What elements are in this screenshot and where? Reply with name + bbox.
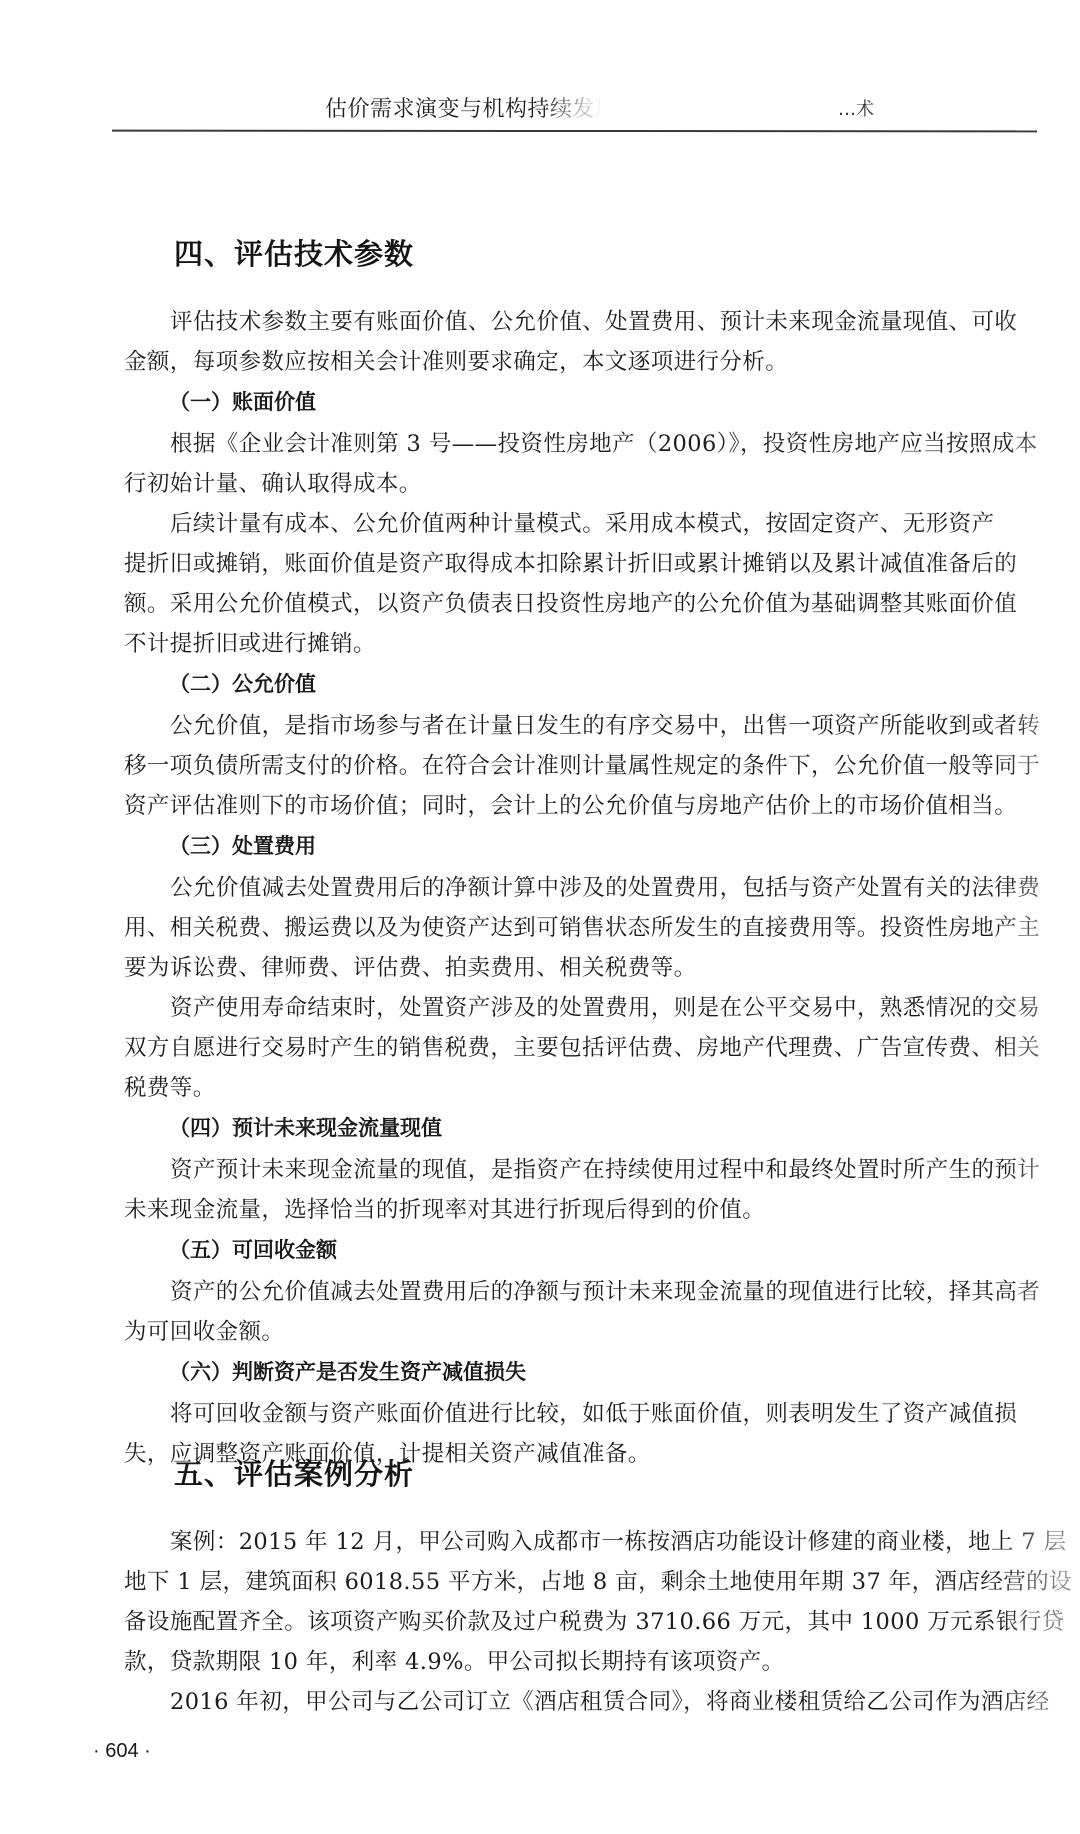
paragraph-line: 公允价值，是指市场参与者在计量日发生的有序交易中，出售一项资产所能收到或者转 (170, 708, 1080, 740)
paragraph-line: 双方自愿进行交易时产生的销售税费，主要包括评估费、房地产代理费、广告宣传费、相关 (124, 1030, 1080, 1062)
header-rule-divider (112, 130, 1037, 133)
paragraph-line: 评估技术参数主要有账面价值、公允价值、处置费用、预计未来现金流量现值、可收 (170, 304, 1080, 336)
paragraph-line: 后续计量有成本、公允价值两种计量模式。采用成本模式，按固定资产、无形资产 (170, 506, 1080, 538)
paragraph-line: 款，贷款期限 10 年，利率 4.9%。甲公司拟长期持有该项资产。 (124, 1644, 784, 1676)
paragraph-line: 资产评估准则下的市场价值；同时，会计上的公允价值与房地产估价上的市场价值相当。 (124, 788, 1080, 820)
paragraph-line: 备设施配置齐全。该项资产购买价款及过户税费为 3710.66 万元，其中 100… (124, 1604, 1080, 1636)
subheading-book-value: （一）账面价值 (169, 386, 316, 416)
paragraph-line: 额。采用公允价值模式，以资产负债表日投资性房地产的公允价值为基础调整其账面价值 (124, 586, 1080, 618)
subheading-present-value-cash-flow: （四）预计未来现金流量现值 (169, 1112, 442, 1142)
paragraph-line: 行初始计量、确认取得成本。 (124, 466, 422, 498)
paragraph-line: 要为诉讼费、律师费、评估费、拍卖费用、相关税费等。 (124, 950, 697, 982)
page-number: · 604 · (93, 1740, 151, 1763)
paragraph-line: 未来现金流量，选择恰当的折现率对其进行折现后得到的价值。 (124, 1192, 765, 1224)
paragraph-line: 资产使用寿命结束时，处置资产涉及的处置费用，则是在公平交易中，熟悉情况的交易 (170, 990, 1080, 1022)
paragraph-line: 移一项负债所需支付的价格。在符合会计准则计量属性规定的条件下，公允价值一般等同于 (124, 748, 1080, 780)
paragraph-line: 将可回收金额与资产账面价值进行比较，如低于账面价值，则表明发生了资产减值损 (170, 1396, 1080, 1428)
paragraph-line: 地下 1 层，建筑面积 6018.55 平方米，占地 8 亩，剩余土地使用年期 … (124, 1564, 1080, 1596)
subheading-impairment-loss: （六）判断资产是否发生资产减值损失 (169, 1356, 526, 1386)
paragraph-line: 不计提折旧或进行摊销。 (124, 626, 376, 658)
paragraph-line: 根据《企业会计准则第 3 号——投资性房地产（2006）》，投资性房地产应当按照… (170, 426, 1080, 458)
subheading-fair-value: （二）公允价值 (169, 668, 316, 698)
paragraph-line: 金额，每项参数应按相关会计准则要求确定，本文逐项进行分析。 (124, 344, 788, 376)
paragraph-line: 2016 年初，甲公司与乙公司订立《酒店租赁合同》，将商业楼租赁给乙公司作为酒店… (170, 1684, 1080, 1716)
paragraph-line: 资产预计未来现金流量的现值，是指资产在持续使用过程中和最终处置时所产生的预计 (170, 1152, 1080, 1184)
running-title-right: …术 (838, 95, 874, 121)
section-heading-4: 四、评估技术参数 (174, 232, 414, 273)
paragraph-line: 资产的公允价值减去处置费用后的净额与预计未来现金流量的现值进行比较，择其高者 (170, 1274, 1080, 1306)
section-heading-5: 五、评估案例分析 (174, 1452, 414, 1493)
paragraph-line: 用、相关税费、搬运费以及为使资产达到可销售状态所发生的直接费用等。投资性房地产主 (124, 910, 1080, 942)
subheading-recoverable-amount: （五）可回收金额 (169, 1234, 337, 1264)
page-header: 估价需求演变与机构持续发展 …术 (0, 0, 1080, 140)
paragraph-line: 案例：2015 年 12 月，甲公司购入成都市一栋按酒店功能设计修建的商业楼，地… (170, 1524, 1080, 1556)
paragraph-line: 提折旧或摊销，账面价值是资产取得成本扣除累计折旧或累计摊销以及累计减值准备后的 (124, 546, 1080, 578)
paragraph-line: 税费等。 (124, 1070, 216, 1102)
subheading-disposal-costs: （三）处置费用 (169, 830, 316, 860)
running-title-left: 估价需求演变与机构持续发展 (325, 92, 603, 123)
paragraph-line: 为可回收金额。 (124, 1314, 284, 1346)
paragraph-line: 公允价值减去处置费用后的净额计算中涉及的处置费用，包括与资产处置有关的法律费 (170, 870, 1080, 902)
